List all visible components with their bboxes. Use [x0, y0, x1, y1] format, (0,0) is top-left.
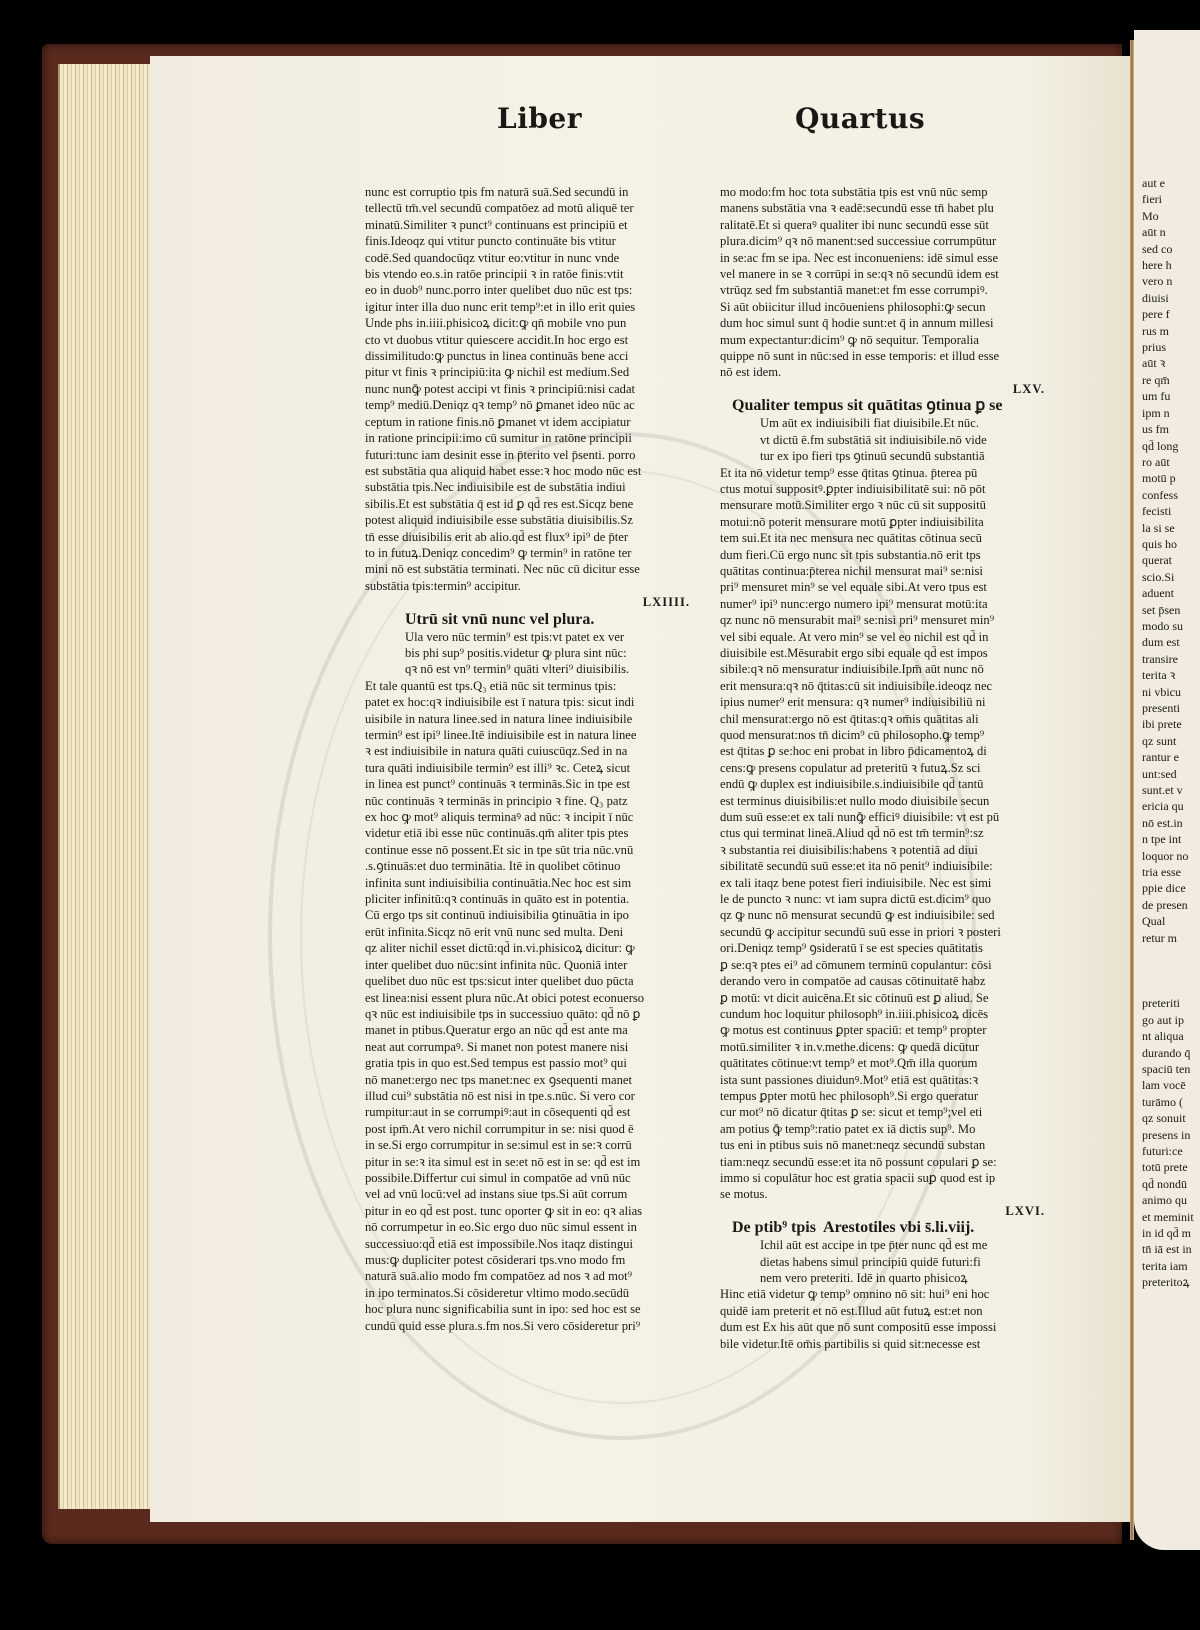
right-block-3: Hinc etiā videtur ꝙ temp⁹ omnino nō sit:… — [720, 1286, 1045, 1352]
text-line: bile videtur.Itē om̄is partibilis si qui… — [720, 1336, 1045, 1352]
text-line: erit mensura:qꝛ nō q̄titas:cū sit indiui… — [720, 678, 1045, 694]
text-line: aut e — [1142, 175, 1200, 191]
text-line: se motus. — [720, 1186, 1045, 1202]
text-line: us fm — [1142, 421, 1200, 437]
text-line: inter quelibet duo nūc:sint infinita nūc… — [365, 957, 690, 973]
text-line: mini nō est substātia terminati. Nec nūc… — [365, 561, 690, 577]
text-line — [1142, 963, 1200, 979]
text-line: potest aliquid indiuisibile esse substāt… — [365, 512, 690, 528]
text-line: vel sibi equale. At vero min⁹ se vel eo … — [720, 629, 1045, 645]
text-line: to in futuꝝ.Deniqz concedim⁹ ꝙ termin⁹ i… — [365, 545, 690, 561]
text-line: videtur etiā ibi esse nūc continuās.qm̄ … — [365, 825, 690, 841]
text-line: hoc plura nunc significabilia sunt in ip… — [365, 1301, 690, 1317]
text-line: loquor no — [1142, 848, 1200, 864]
text-line: in ratione principii:imo cū sumitur in r… — [365, 430, 690, 446]
text-line: um fu — [1142, 388, 1200, 404]
text-line: qd̄ nondū — [1142, 1176, 1200, 1192]
text-line: in id qd̄ m — [1142, 1225, 1200, 1241]
text-line: dum est — [1142, 634, 1200, 650]
text-line: qz ꝙ nunc nō mensurat secundū ꝙ est indi… — [720, 907, 1045, 923]
text-line: codē.Sed quandocūqz vtitur eo:vtitur in … — [365, 250, 690, 266]
text-line: ceptum in ratione finis.nō ꝑmanet vt ide… — [365, 414, 690, 430]
text-line: tempus ꝑpter motū hec philosoph⁹.Si ergo… — [720, 1088, 1045, 1104]
right-block-3-indented: Ichil aūt est accipe in tpe p̄ter nunc q… — [720, 1237, 1045, 1286]
text-line: tellectū tm̄.vel secundū compatōez ad mo… — [365, 200, 690, 216]
text-line: patet ex hoc:qꝛ indiuisibile est ī natur… — [365, 694, 690, 710]
text-line: est terminus diuisibilis:et nullo modo d… — [720, 793, 1045, 809]
text-line: pere f — [1142, 306, 1200, 322]
text-line: ꝙ motus est continuus ꝑpter spaciū: et t… — [720, 1022, 1045, 1038]
text-line: quātitas continua:p̄terea nichil mensura… — [720, 563, 1045, 579]
text-line: rantur e — [1142, 749, 1200, 765]
text-line: et meminit — [1142, 1209, 1200, 1225]
text-line: Unde phs in.iiii.phisicoꝝ dicit:ꝙ qn̄ mo… — [365, 315, 690, 331]
text-line: futuri:ce — [1142, 1143, 1200, 1159]
text-line: dissimilitudo:ꝙ punctus in linea continu… — [365, 348, 690, 364]
running-head-left: Liber — [497, 102, 582, 135]
text-line: tria esse — [1142, 864, 1200, 880]
text-line: post ipm̄.At vero nichil corrumpitur in … — [365, 1121, 690, 1137]
text-line: set p̄sen — [1142, 602, 1200, 618]
text-line: aduent — [1142, 585, 1200, 601]
text-line: dum est Ex his aūt que nō sunt compositū… — [720, 1319, 1045, 1335]
running-head-right: Quartus — [795, 102, 925, 135]
facing-page-text: aut efieriMoaūt nsed cohere hvero ndiuis… — [1142, 175, 1200, 1291]
text-line: Um aūt ex indiuisibili fiat diuisibile.E… — [760, 415, 1045, 431]
text-line: quātitates cōtinue:vt temp⁹ et mot⁹.Qm̄ … — [720, 1055, 1045, 1071]
right-text-column: mo modo:fm hoc tota substātia tpis est v… — [720, 184, 1045, 1352]
text-line: endū ꝙ duplex est indiuisibile.s.indiuis… — [720, 776, 1045, 792]
text-line: terita iam — [1142, 1258, 1200, 1274]
text-line: in se:ac fm se ipa. Nec est inconueniens… — [720, 250, 1045, 266]
text-line: go aut ip — [1142, 1012, 1200, 1028]
text-line: tn̄ iā est in — [1142, 1241, 1200, 1257]
text-line: vel manere in se ꝛ corrūpi in se:qꝛ nō s… — [720, 266, 1045, 282]
text-line: le de puncto ꝛ nunc: vt iam supra dictū … — [720, 891, 1045, 907]
text-line: ori.Deniqz temp⁹ ꝯsideratū ī se est spec… — [720, 940, 1045, 956]
text-line: vt dictū ē.fm substātiā sit indiuisibile… — [760, 432, 1045, 448]
text-line: qz aliter nichil esset dictū:qd̄ in.vi.p… — [365, 940, 690, 956]
text-line: unt:sed — [1142, 766, 1200, 782]
text-line: ctus motui suppositꝰ.ꝑpter indiuisibilit… — [720, 481, 1045, 497]
text-line: ipius numer⁹ erit mensura: qꝛ numer⁹ ind… — [720, 694, 1045, 710]
text-line: mum expectantur:dicim⁹ ꝙ nō sequitur. Te… — [720, 332, 1045, 348]
text-line: preteriti — [1142, 995, 1200, 1011]
text-line: qd̄ long — [1142, 438, 1200, 454]
text-line — [1142, 979, 1200, 995]
text-line: vero n — [1142, 273, 1200, 289]
text-line: Et tale quantū est tps.Q₃ etiā nūc sit t… — [365, 678, 690, 694]
text-line: tem sui.Et ita nec mensura nec quātitas … — [720, 530, 1045, 546]
text-line: fecisti — [1142, 503, 1200, 519]
text-line: querat — [1142, 552, 1200, 568]
text-line: here h — [1142, 257, 1200, 273]
text-line: totū prete — [1142, 1159, 1200, 1175]
text-line: chil mensurat:ergo nō est q̄titas:qꝛ om̄… — [720, 711, 1045, 727]
text-line: nunc nunꝙ̄ potest accipi vt finis ꝛ prin… — [365, 381, 690, 397]
text-line: cur mot⁹ nō dicatur q̄titas ꝑ se: sicut … — [720, 1104, 1045, 1120]
text-line: scio.Si — [1142, 569, 1200, 585]
text-line: aūt n — [1142, 224, 1200, 240]
text-line: ctus qui terminat lineā.Aliud qd̄ nō est… — [720, 825, 1045, 841]
text-line: futuri:tunc iam desinit esse in p̄terito… — [365, 447, 690, 463]
text-line: quod mensurat:nos tn̄ dicim⁹ cū philosop… — [720, 727, 1045, 743]
chapter-number-64: LXIIII. — [365, 594, 690, 610]
text-line: nt aliqua — [1142, 1028, 1200, 1044]
text-line: erūt infinita.Sicqz nō erit vnū nunc sed… — [365, 924, 690, 940]
left-text-column: nunc est corruptio tpis fm naturā suā.Se… — [365, 184, 690, 1334]
text-line: terita ꝛ — [1142, 667, 1200, 683]
chapter-heading-64: Utrū sit vnū nunc vel plura. — [365, 611, 690, 629]
text-line: tura quāti indiuisibile termin⁹ est illi… — [365, 760, 690, 776]
text-line: presens in — [1142, 1127, 1200, 1143]
text-line: fieri — [1142, 191, 1200, 207]
text-line: ipm n — [1142, 405, 1200, 421]
text-line: confess — [1142, 487, 1200, 503]
text-line: Mo — [1142, 208, 1200, 224]
text-line: sibilis.Et est substātia q̄ est id ꝑ qd̄… — [365, 496, 690, 512]
text-line: cundū quid esse plura.s.fm nos.Si vero c… — [365, 1318, 690, 1334]
text-line: preteritoꝝ — [1142, 1274, 1200, 1290]
text-line: vtrūqz sed fm substantiā manet:et fm ess… — [720, 282, 1045, 298]
text-line: dum suū esse:et ex tali nunꝙ̄ efficiꝰ di… — [720, 809, 1045, 825]
text-line: nō corrumpetur in eo.Sic ergo duo nūc si… — [365, 1219, 690, 1235]
text-line: termin⁹ est ipi⁹ linee.Itē indiuisibile … — [365, 727, 690, 743]
text-line: pliciter infinitū:qꝛ continuās in quāto … — [365, 891, 690, 907]
text-line: bis phi sup⁹ positis.videtur ꝙ plura sin… — [405, 645, 690, 661]
text-line: nō est idem. — [720, 364, 1045, 380]
text-line: dum hoc simul sunt q̄ hodie sunt:et q̄ i… — [720, 315, 1045, 331]
text-line: Qual — [1142, 913, 1200, 929]
text-line: quelibet duo nūc est tps:sicut inter que… — [365, 973, 690, 989]
text-line: transire — [1142, 651, 1200, 667]
text-line: motū p — [1142, 470, 1200, 486]
text-line: qz sunt — [1142, 733, 1200, 749]
text-line: Si aūt obiicitur illud incōueniens philo… — [720, 299, 1045, 315]
text-line: tus eni in ptibus suis nō manet:neqz sec… — [720, 1137, 1045, 1153]
text-line: pitur in eo qd̄ est post. tunc oporter ꝙ… — [365, 1203, 690, 1219]
text-line: nūc continuās ꝛ terminās in principio ꝛ … — [365, 793, 690, 809]
text-line: mensurare motū.Similiter ergo ꝛ nūc cū s… — [720, 497, 1045, 513]
text-line: cto vt duobus vtitur quiescere accidit.I… — [365, 332, 690, 348]
text-line: nem vero preteriti. Idē in quarto phisic… — [760, 1270, 1045, 1286]
text-line: est substātia qua aliquid habet esse:ꝛ h… — [365, 463, 690, 479]
text-line: sibilitatē secundū suū esse:et ita nō pe… — [720, 858, 1045, 874]
chapter-number-66: LXVI. — [720, 1203, 1045, 1219]
text-line: presenti — [1142, 700, 1200, 716]
text-line: bis vtendo eo.s.in ratōe principii ꝛ in … — [365, 266, 690, 282]
text-line: quippe nō sunt in nūc:sed in esse tempor… — [720, 348, 1045, 364]
text-line: de presen — [1142, 897, 1200, 913]
chapter-heading-66: De ptib⁹ tpis Arestotiles vbi s̄.li.viij… — [720, 1219, 1045, 1237]
right-block-2-indented: Um aūt ex indiuisibili fiat diuisibile.E… — [720, 415, 1045, 464]
text-line: tur ex ipo fieri tps ꝯtinuū secundū subs… — [760, 448, 1045, 464]
text-line: igitur inter illa duo nunc erit temp⁹:et… — [365, 299, 690, 315]
text-line: ppie dice — [1142, 880, 1200, 896]
text-line: pitur vt finis ꝛ principiū:ita ꝙ nichil … — [365, 364, 690, 380]
text-line: aūt ꝛ — [1142, 355, 1200, 371]
text-line: manet in ptibus.Queratur ergo an nūc qd̄… — [365, 1022, 690, 1038]
text-line: ꝛ est indiuisibile in natura quāti cuius… — [365, 743, 690, 759]
text-line: mus:ꝙ dupliciter potest cōsiderari tps.v… — [365, 1252, 690, 1268]
text-line: possibile.Differtur cui simul in compatō… — [365, 1170, 690, 1186]
text-line: ista sunt passiones diuidunꝰ.Mot⁹ etiā e… — [720, 1072, 1045, 1088]
text-line: in ipo terminatos.Si cōsideretur vltimo … — [365, 1285, 690, 1301]
text-line: naturā suā.alio modo fm compatōez ad nos… — [365, 1268, 690, 1284]
text-line: ni vbicu — [1142, 684, 1200, 700]
right-block-2: Et ita nō videtur temp⁹ esse q̄titas ꝯti… — [720, 465, 1045, 1203]
text-line: qz nunc nō mensurabit mai⁹ se:nisi pri⁹ … — [720, 612, 1045, 628]
text-line: rus m — [1142, 323, 1200, 339]
text-line: mo modo:fm hoc tota substātia tpis est v… — [720, 184, 1045, 200]
text-line: neat aut corrumpaꝰ. Si manet non potest … — [365, 1039, 690, 1055]
text-line: pitur in se:ꝛ ita simul est in se:et nō … — [365, 1154, 690, 1170]
text-line: tn̄ esse diuisibilis erit ab alio.qd̄ es… — [365, 529, 690, 545]
text-line: ꝛ substantia rei diuisibilis:habens ꝛ po… — [720, 842, 1045, 858]
text-line: quidē iam preterit et nō est.Illud aūt f… — [720, 1303, 1045, 1319]
text-line: ꝑ se:qꝛ ptes ei⁹ ad cōmunem terminū copu… — [720, 957, 1045, 973]
text-line: la si se — [1142, 520, 1200, 536]
text-line: continue esse nō possent.Et sic in tpe s… — [365, 842, 690, 858]
text-line: gratia tpis in quo est.Sed tempus est pa… — [365, 1055, 690, 1071]
text-line: rumpitur:aut in se corrumpiꝰ:aut in cōse… — [365, 1104, 690, 1120]
chapter-heading-65: Qualiter tempus sit quātitas ꝯtinua ꝑ se — [720, 397, 1045, 415]
text-line: quis ho — [1142, 536, 1200, 552]
text-line: prius — [1142, 339, 1200, 355]
text-line: pri⁹ mensuret min⁹ se vel equale sibi.At… — [720, 579, 1045, 595]
text-line: successiuo:qd̄ etiā est impossibile.Nos … — [365, 1236, 690, 1252]
chapter-number-65: LXV. — [720, 381, 1045, 397]
text-line: durando q̄ — [1142, 1045, 1200, 1061]
text-line: substātia tpis:termin⁹ accipitur. — [365, 578, 690, 594]
text-line: sunt.et v — [1142, 782, 1200, 798]
text-line: diuisibile est.Mēsurabit ergo sibi equal… — [720, 645, 1045, 661]
text-line: finis.Ideoqz qui vtitur puncto continuāt… — [365, 233, 690, 249]
text-line: cundum hoc loquitur philosoph⁹ in.iiii.p… — [720, 1006, 1045, 1022]
text-line: re qm̄ — [1142, 372, 1200, 388]
text-line: dietas habens simul principiū quidē futu… — [760, 1254, 1045, 1270]
text-line: nō manet:ergo nec tps manet:nec ex ꝯsequ… — [365, 1072, 690, 1088]
text-line: motui:nō poterit mensurare motū ꝑpter in… — [720, 514, 1045, 530]
left-block-1: nunc est corruptio tpis fm naturā suā.Se… — [365, 184, 690, 594]
text-line: Ula vero nūc termin⁹ est tpis:vt patet e… — [405, 629, 690, 645]
text-line: minatū.Similiter ꝛ punct⁹ continuans est… — [365, 217, 690, 233]
text-line: manens substātia vna ꝛ eadē:secundū esse… — [720, 200, 1045, 216]
text-line: nō est.in — [1142, 815, 1200, 831]
text-line: lam vocē — [1142, 1077, 1200, 1093]
text-line: motū.similiter ꝛ in.v.methe.dicens: ꝙ qu… — [720, 1039, 1045, 1055]
left-block-2: Et tale quantū est tps.Q₃ etiā nūc sit t… — [365, 678, 690, 1334]
text-line: in linea est punct⁹ continuās ꝛ terminās… — [365, 776, 690, 792]
text-line: sed co — [1142, 241, 1200, 257]
text-line: in se.Si ergo corrumpitur in se:simul es… — [365, 1137, 690, 1153]
text-line: plura.dicim⁹ qꝛ nō manent:sed successiue… — [720, 233, 1045, 249]
text-line: numer⁹ ipi⁹ nunc:ergo numero ipi⁹ mensur… — [720, 596, 1045, 612]
text-line: diuisi — [1142, 290, 1200, 306]
text-line: uisibile in natura linee.sed in natura l… — [365, 711, 690, 727]
text-line: eo in duob⁹ nunc.porro inter quelibet du… — [365, 282, 690, 298]
text-line: est q̄titas ꝑ se:hoc eni probat in libro… — [720, 743, 1045, 759]
text-line: nunc est corruptio tpis fm naturā suā.Se… — [365, 184, 690, 200]
text-line: dum fieri.Cū ergo nunc sit tpis substant… — [720, 547, 1045, 563]
text-line: Ichil aūt est accipe in tpe p̄ter nunc q… — [760, 1237, 1045, 1253]
text-line: Et ita nō videtur temp⁹ esse q̄titas ꝯti… — [720, 465, 1045, 481]
text-line: est linea:nisi essent plura nūc.At obici… — [365, 990, 690, 1006]
text-line: cens:ꝙ presens copulatur ad preteritū ꝛ … — [720, 760, 1045, 776]
text-line: qꝛ nūc est indiuisibile tps in successiu… — [365, 1006, 690, 1022]
text-line: illud cui⁹ substātia nō est nisi in tpe.… — [365, 1088, 690, 1104]
text-line: derando vero in compatōe ad causas cōtin… — [720, 973, 1045, 989]
text-line: infinita sunt indiuisibilia continuātia.… — [365, 875, 690, 891]
text-line: Hinc etiā videtur ꝙ temp⁹ omnino nō sit:… — [720, 1286, 1045, 1302]
text-line: ralitatē.Et si queraꝰ qualiter ibi nunc … — [720, 217, 1045, 233]
text-line: qz sonuit — [1142, 1110, 1200, 1126]
page-edges — [58, 64, 152, 1509]
text-line: vel ad vnū locū:vel ad instans siue tps.… — [365, 1186, 690, 1202]
text-line: secundū ꝙ accipitur secundū suū esse in … — [720, 924, 1045, 940]
text-line: turāmo ( — [1142, 1094, 1200, 1110]
text-line: ericia qu — [1142, 798, 1200, 814]
left-block-2-indented: Ula vero nūc termin⁹ est tpis:vt patet e… — [365, 629, 690, 678]
text-line: tiam:neqz secundū esse:et ita nō possunt… — [720, 1154, 1045, 1170]
text-line: spaciū ten — [1142, 1061, 1200, 1077]
text-line — [1142, 946, 1200, 962]
text-line: Cū ergo tps sit continuū indiuisibilia ꝯ… — [365, 907, 690, 923]
text-line: qꝛ nō est vn⁹ termin⁹ quāti vlteri⁹ diui… — [405, 661, 690, 677]
right-block-1: mo modo:fm hoc tota substātia tpis est v… — [720, 184, 1045, 381]
text-line: retur m — [1142, 930, 1200, 946]
text-line: n tpe int — [1142, 831, 1200, 847]
text-line: am potius ꝙ̄ temp⁹:ratio patet ex iā dic… — [720, 1121, 1045, 1137]
text-line: sibile:qꝛ nō mensuratur indiuisibile.Ipm… — [720, 661, 1045, 677]
text-line: temp⁹ mediū.Deniqz qꝛ temp⁹ nō ꝑmanet id… — [365, 397, 690, 413]
text-line: ro aūt — [1142, 454, 1200, 470]
text-line: ibi prete — [1142, 716, 1200, 732]
text-line: ex tali itaqz bene potest fieri indiuisi… — [720, 875, 1045, 891]
text-line: immo si copulātur hoc est gratia spacii … — [720, 1170, 1045, 1186]
text-line: modo su — [1142, 618, 1200, 634]
text-line: ex hoc ꝙ mot⁹ aliquis terminaꝰ ad nūc: ꝛ… — [365, 809, 690, 825]
text-line: .s.ꝯtinuās:et duo terminātia. Itē in quo… — [365, 858, 690, 874]
text-line: animo qu — [1142, 1192, 1200, 1208]
text-line: ꝑ motū: vt dicit auicēna.Et sic cōtinuū … — [720, 990, 1045, 1006]
text-line: substātia tpis.Nec indiuisibile est de s… — [365, 479, 690, 495]
